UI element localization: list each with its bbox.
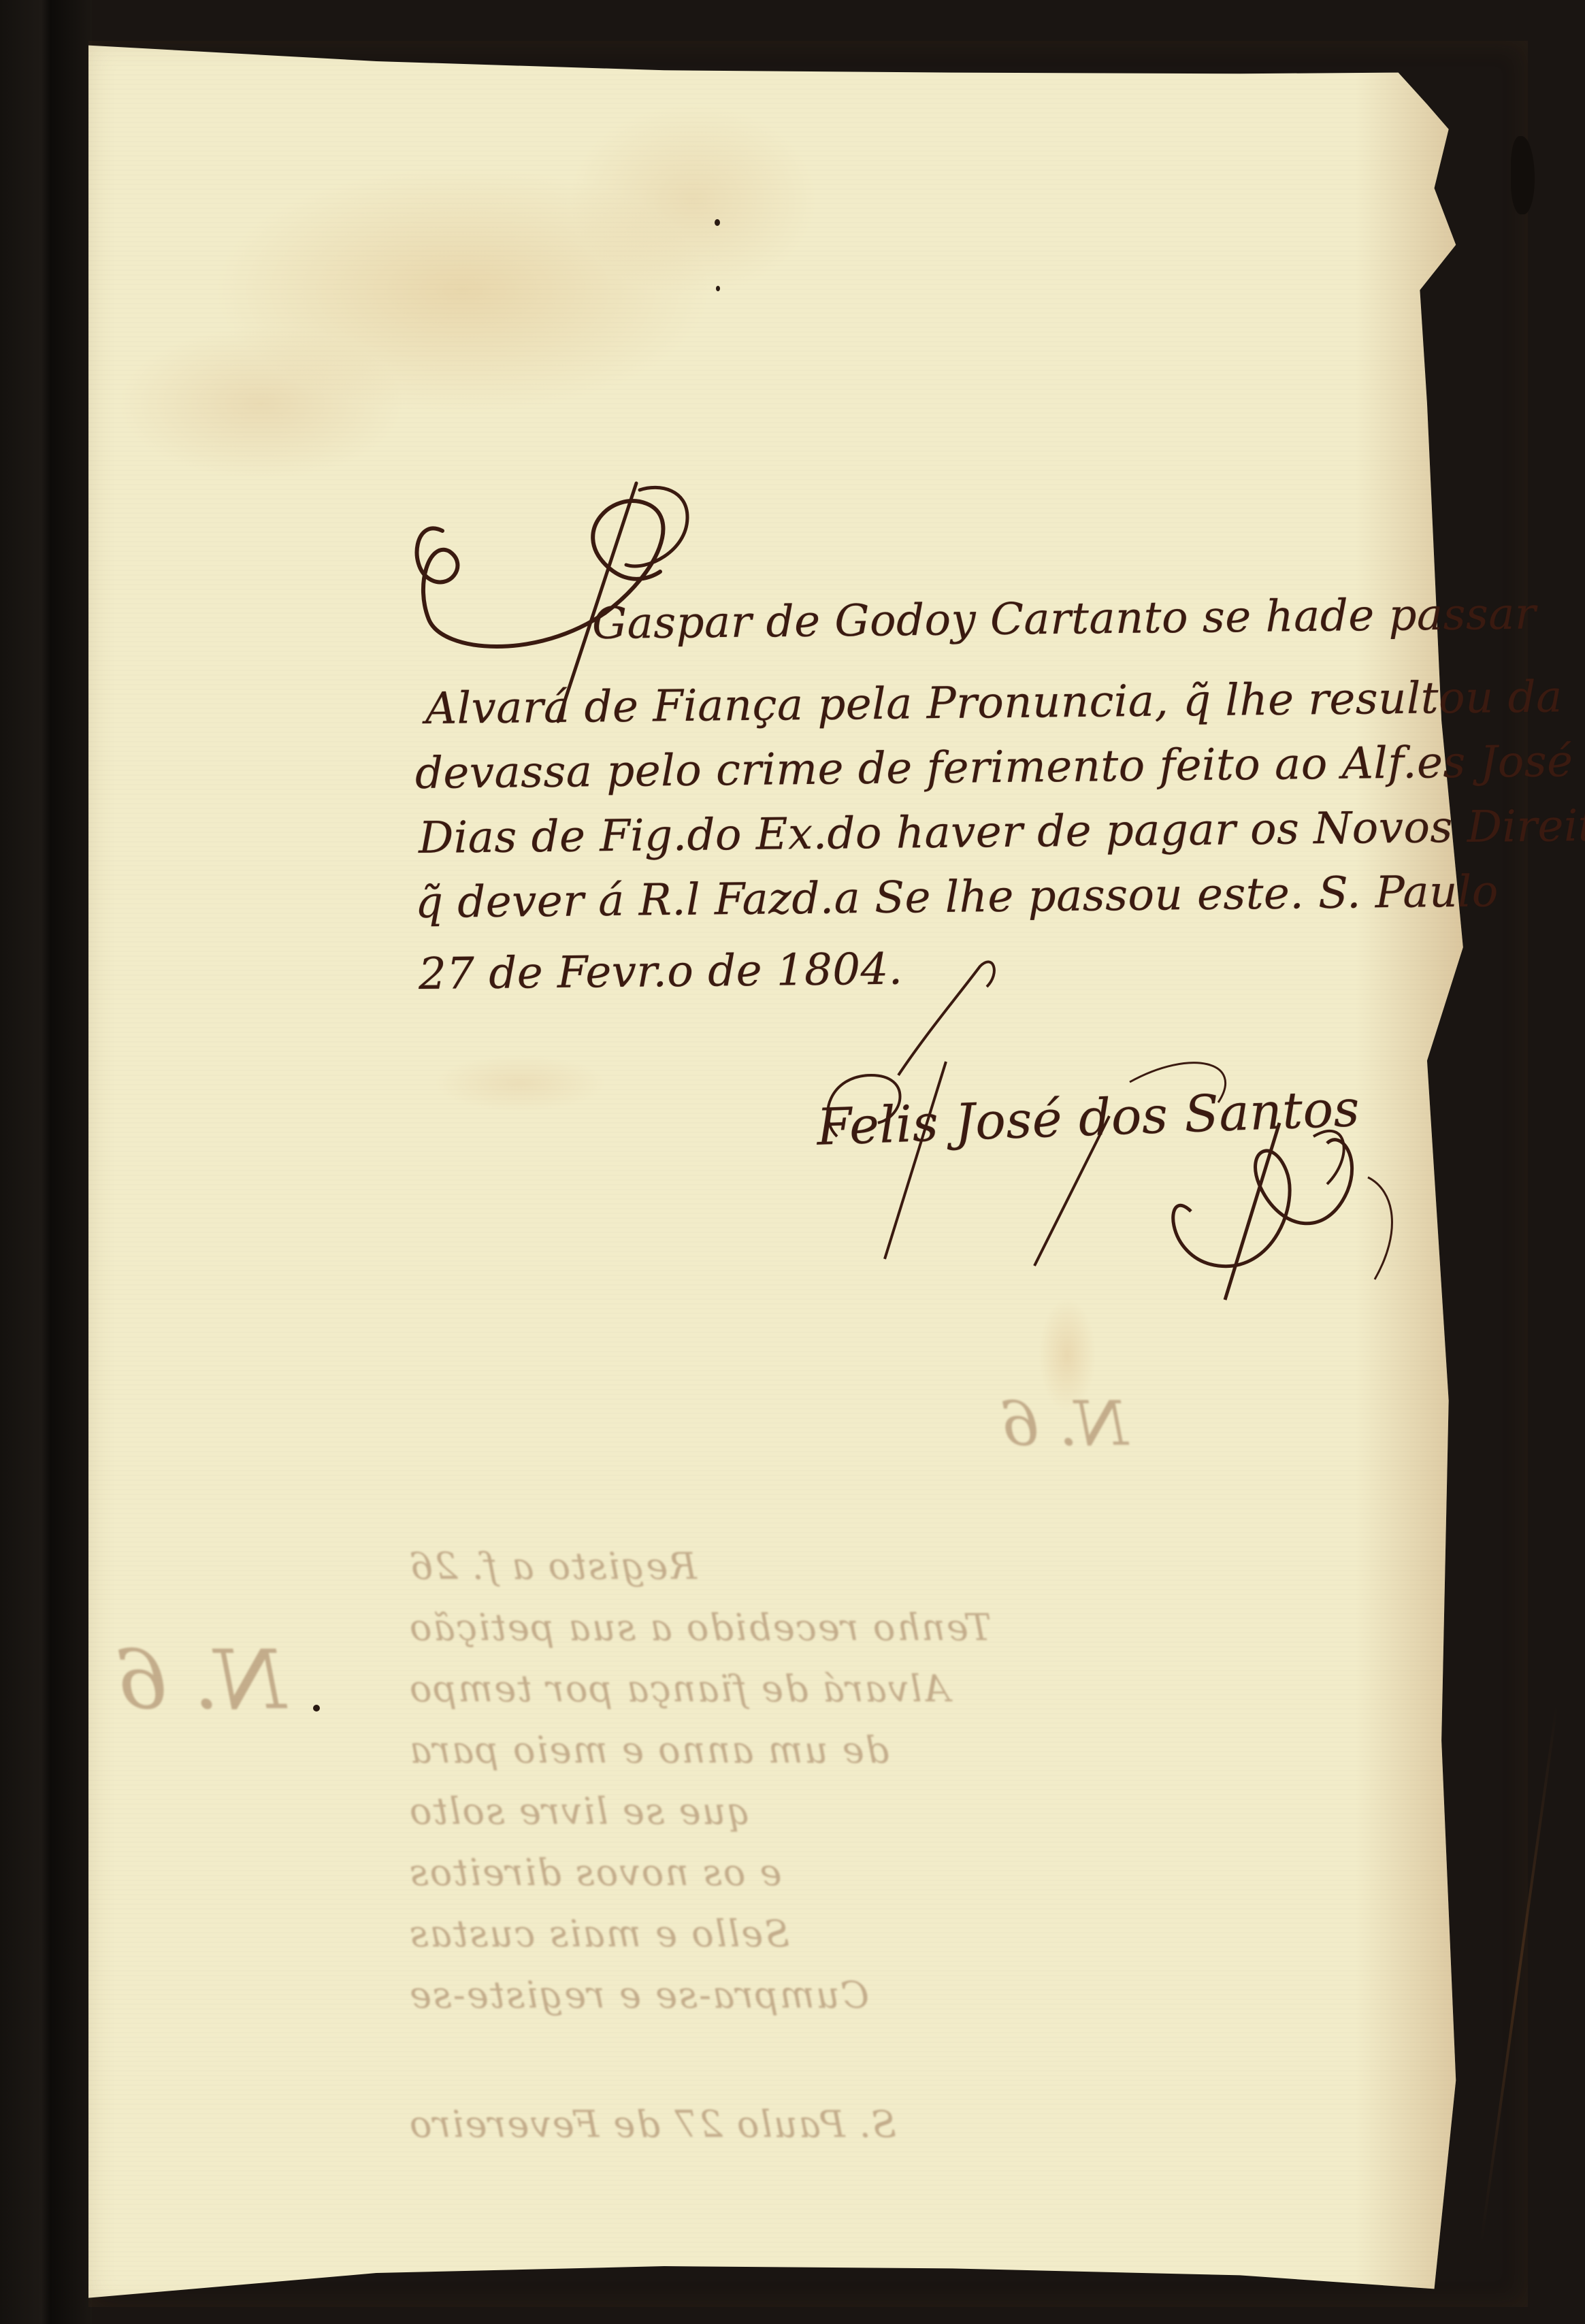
manuscript-page: N. 6 N. 6 Registo a f. 26 Tenho recebido… — [0, 0, 1585, 2324]
signature-rubric-icon — [810, 1034, 1422, 1307]
paper-fold-line — [1480, 1704, 1558, 2244]
bleed-through-line: Sello e mais custas — [408, 1912, 789, 1955]
bleed-through-number-mark: N. 6 — [116, 1633, 286, 1728]
ink-speck — [716, 286, 720, 291]
torn-edge-hole — [1511, 136, 1535, 214]
manuscript-line-6-date: 27 de Fevr.o de 1804. — [419, 945, 903, 1000]
bleed-through-line: de um anno e meio para — [408, 1729, 889, 1771]
bleed-through-line: Registo a f. 26 — [408, 1545, 697, 1588]
ink-speck — [313, 1705, 320, 1712]
bleed-through-line: e os novos direitos — [408, 1851, 782, 1894]
bleed-through-line: Cumpra-se e registe-se — [408, 1974, 869, 2016]
bleed-through-line: Tenho recebido a sua petição — [408, 1606, 992, 1649]
manuscript-line-1: Gaspar de Godoy Cartanto se hade passar — [592, 589, 1537, 649]
bleed-through-line: Alvará de fiança por tempo — [408, 1667, 950, 1710]
ink-speck — [715, 219, 720, 226]
bleed-through-line: S. Paulo 27 de Fevereiro — [408, 2103, 896, 2146]
bleed-through-line: que se livre solto — [408, 1790, 751, 1833]
bleed-through-header: N. 6 — [1000, 1388, 1128, 1460]
